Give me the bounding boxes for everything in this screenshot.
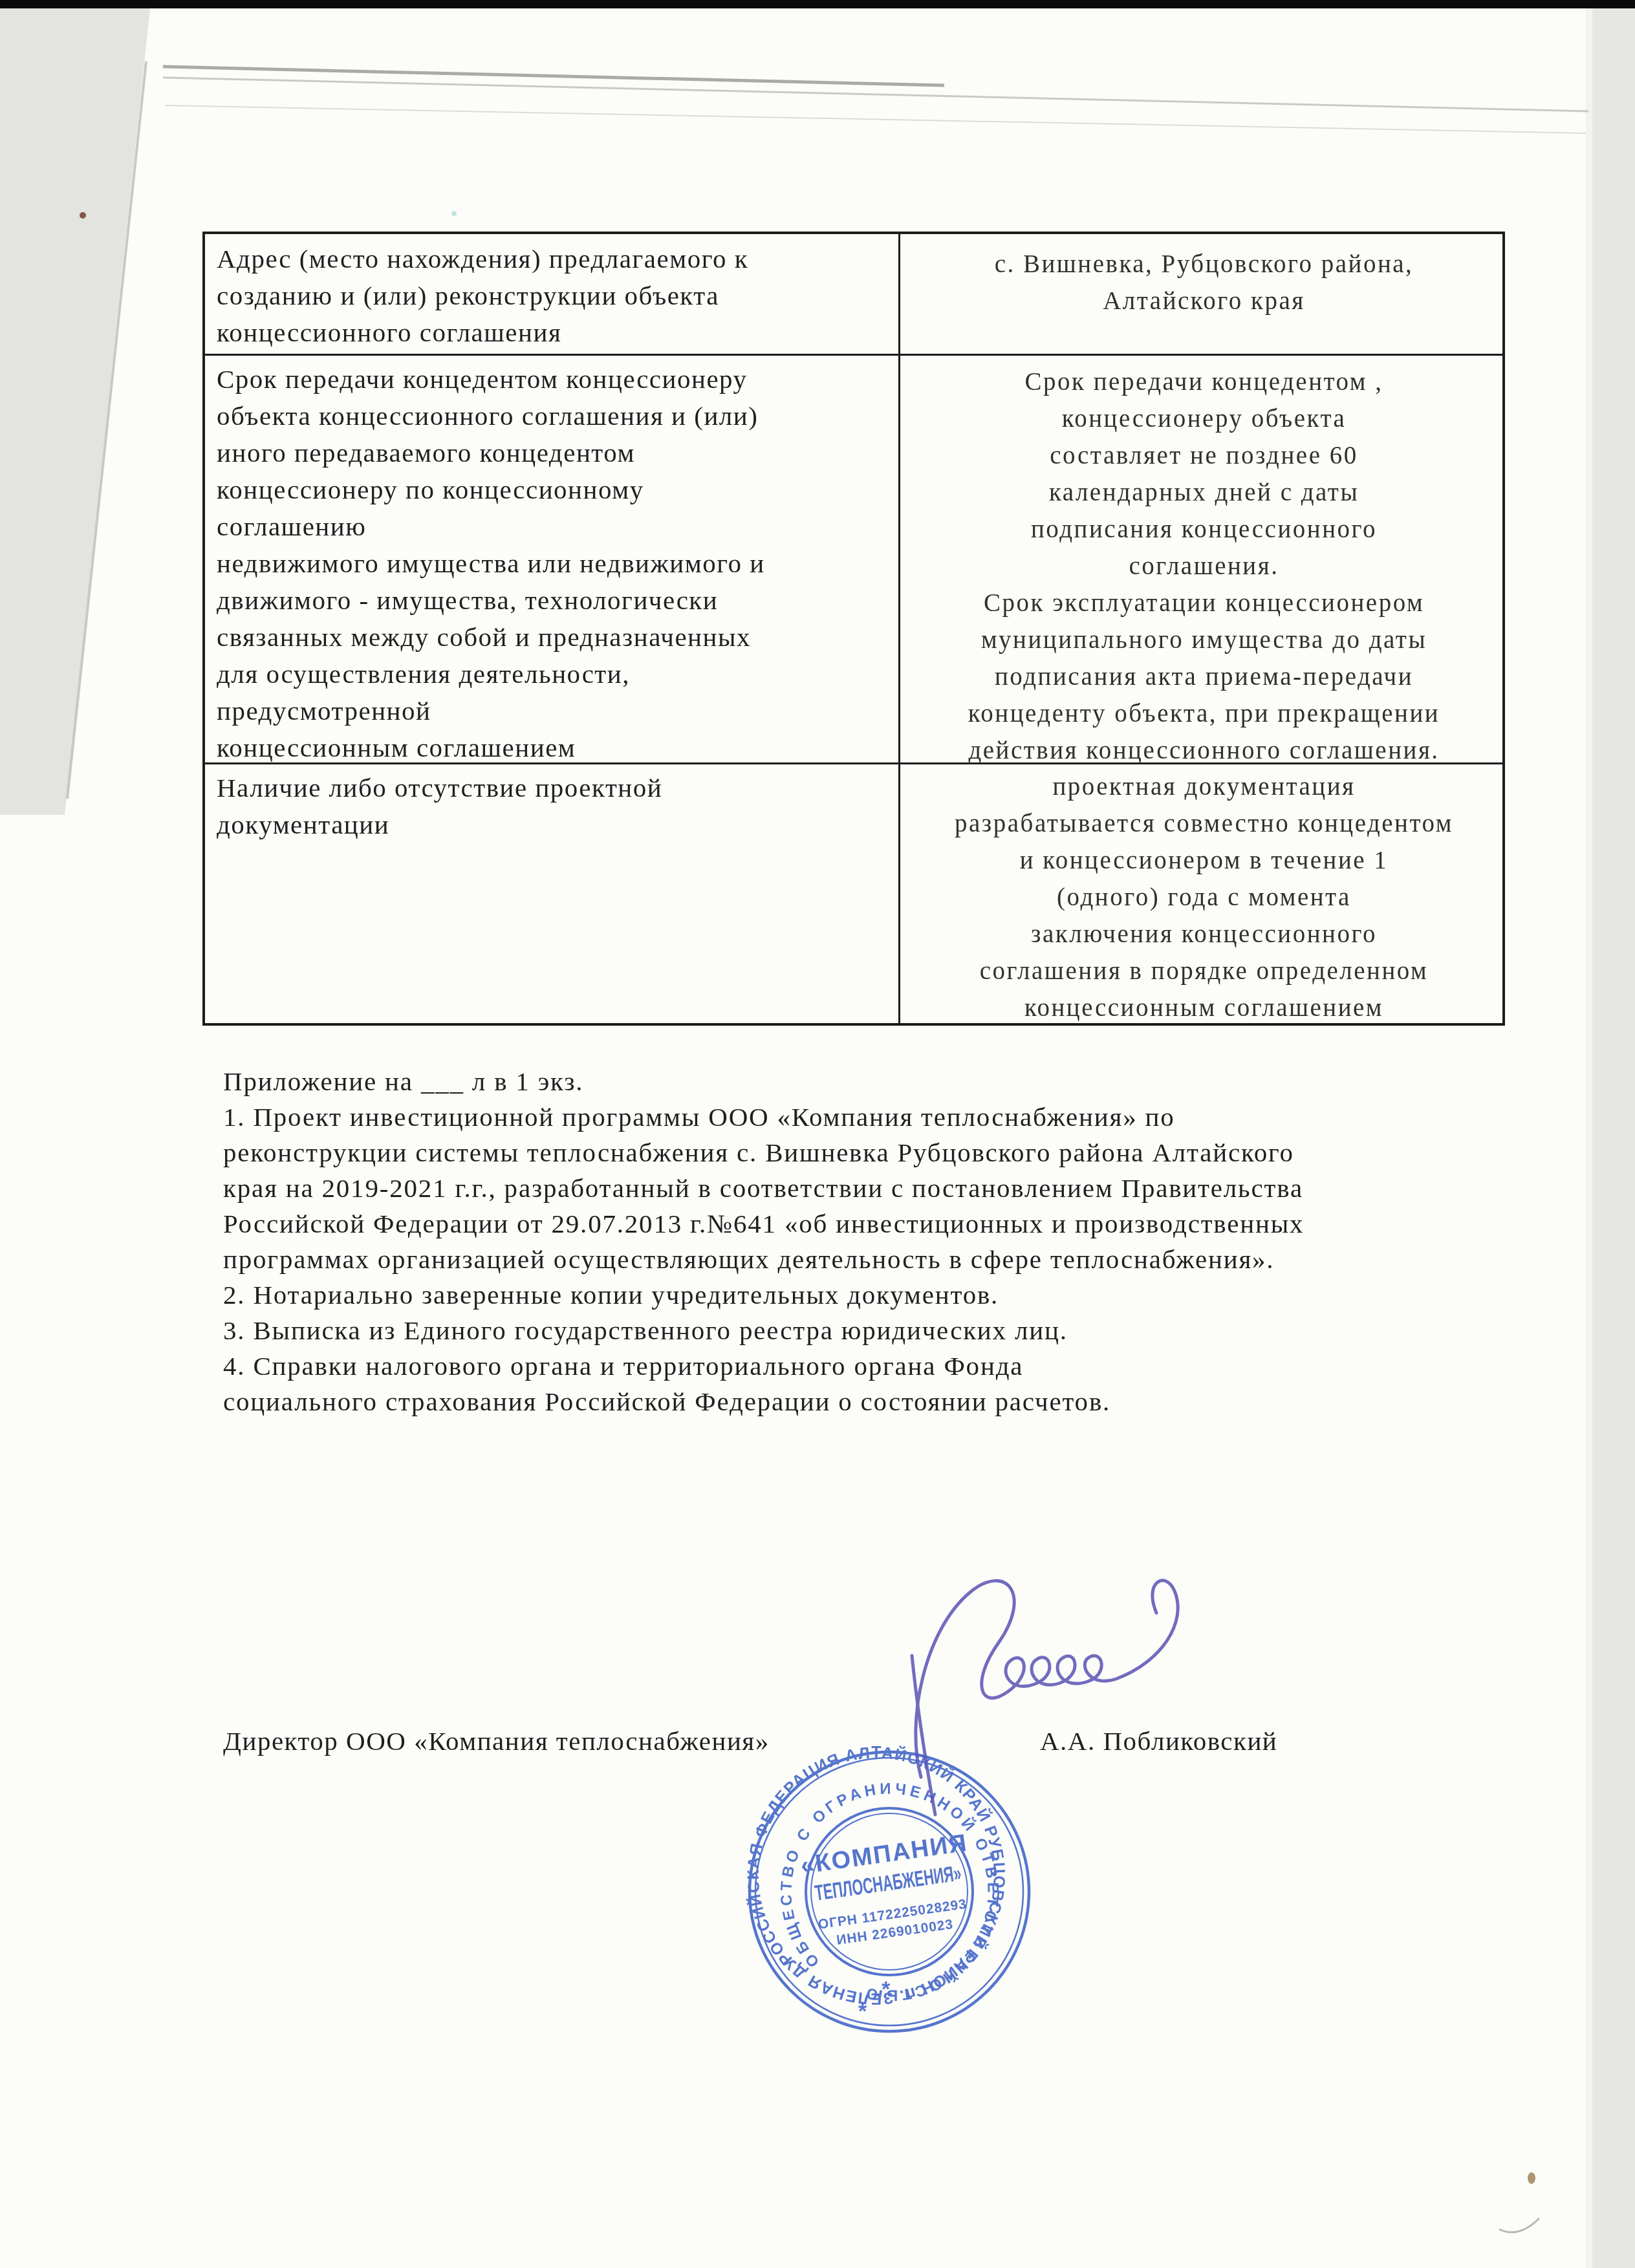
pencil-mark bbox=[1499, 2218, 1539, 2232]
ink-speck bbox=[451, 211, 457, 216]
attachment-item-4-cont: социального страхования Российской Федер… bbox=[223, 1384, 1452, 1420]
table-column-divider bbox=[898, 234, 900, 1023]
attachment-item-3: 3. Выписка из Единого государственного р… bbox=[223, 1313, 1452, 1348]
table-cell-transfer-term-label: Срок передачи концедентом концессионеру … bbox=[217, 361, 889, 766]
page-left-edge-shadow bbox=[0, 8, 150, 815]
attachment-item-1-cont: реконструкции системы теплоснабжения с. … bbox=[223, 1135, 1452, 1171]
seal-star: * bbox=[882, 1977, 891, 2002]
attachment-item-1-cont: Российской Федерации от 29.07.2013 г.№64… bbox=[223, 1206, 1452, 1242]
attachments-paragraph: Приложение на ___ л в 1 экз. 1. Проект и… bbox=[223, 1064, 1452, 1420]
attachments-count-line: Приложение на ___ л в 1 экз. bbox=[223, 1064, 1452, 1099]
paper-fold-line bbox=[165, 105, 1586, 133]
table-row-divider bbox=[205, 354, 1502, 356]
table-cell-transfer-term-value: Срок передачи концедентом , концессионер… bbox=[905, 363, 1503, 769]
table-cell-project-docs-label: Наличие либо отсутствие проектной докуме… bbox=[217, 770, 889, 843]
attachment-item-1: 1. Проект инвестиционной программы ООО «… bbox=[223, 1099, 1452, 1135]
signature-stroke bbox=[916, 1581, 1178, 1777]
table-cell-address-value: с. Вишневка, Рубцовского района, Алтайск… bbox=[905, 246, 1503, 319]
attachment-item-2: 2. Нотариально заверенные копии учредите… bbox=[223, 1277, 1452, 1313]
ink-speck bbox=[1528, 2172, 1535, 2184]
scanner-top-bar bbox=[0, 0, 1635, 8]
paper-fold-line bbox=[163, 67, 944, 85]
attachment-item-1-cont: программах организацией осуществляющих д… bbox=[223, 1242, 1452, 1277]
ink-speck bbox=[80, 212, 86, 219]
table-cell-address-label: Адрес (место нахождения) предлагаемого к… bbox=[217, 241, 889, 351]
concession-table: Адрес (место нахождения) предлагаемого к… bbox=[202, 232, 1505, 1026]
page-right-edge-shadow bbox=[1591, 8, 1635, 2268]
table-cell-project-docs-value: проектная документация разрабатывается с… bbox=[905, 768, 1503, 1026]
seal-star: * bbox=[858, 1999, 867, 2024]
handwritten-signature bbox=[828, 1552, 1242, 1837]
attachment-item-1-cont: края на 2019-2021 г.г., разработанный в … bbox=[223, 1171, 1452, 1206]
attachment-item-4: 4. Справки налогового органа и территори… bbox=[223, 1348, 1452, 1384]
scanned-document-page: Адрес (место нахождения) предлагаемого к… bbox=[0, 0, 1635, 2268]
